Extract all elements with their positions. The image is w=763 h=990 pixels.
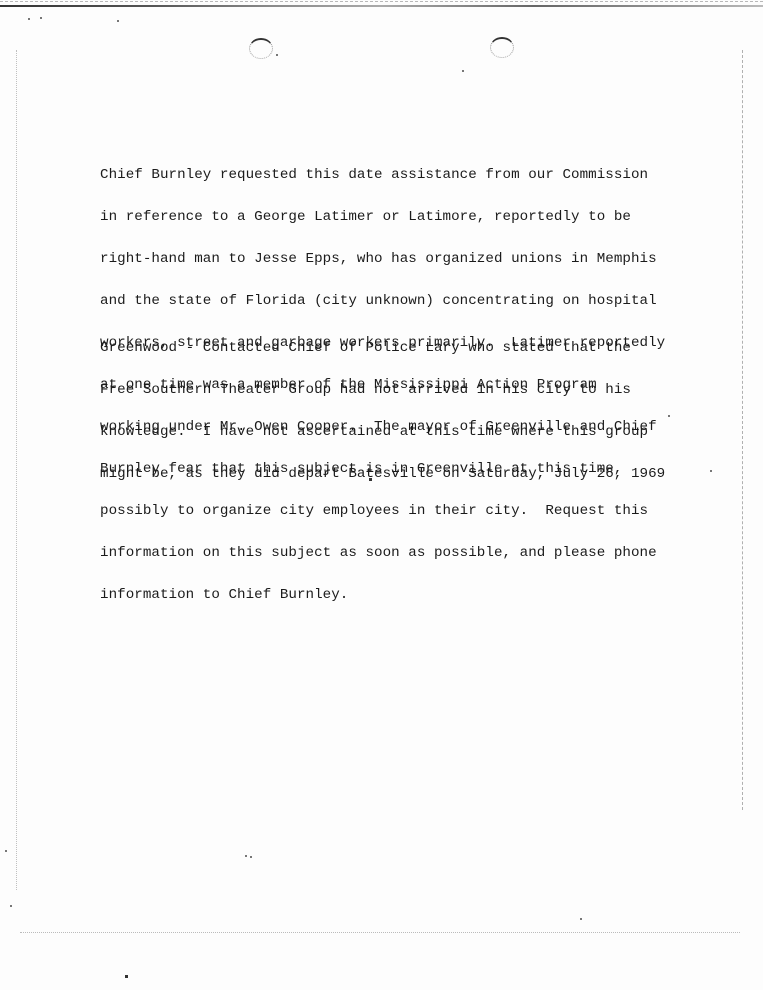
text-line: Greenwood - Contacted Chief of Police La… [100, 341, 665, 355]
scan-speck [710, 470, 712, 472]
scan-speck [245, 855, 247, 857]
text-line: Chief Burnley requested this date assist… [100, 168, 665, 182]
scan-speck [28, 18, 30, 20]
text-line: and the state of Florida (city unknown) … [100, 294, 665, 308]
text-line: Free Southern Theater Group had not arri… [100, 383, 665, 397]
scan-bottom-noise [20, 932, 740, 937]
scan-speck [10, 905, 12, 907]
scan-speck [668, 415, 670, 417]
scan-speck [125, 975, 128, 978]
scan-speck [462, 70, 464, 72]
text-line: information to Chief Burnley. [100, 588, 665, 602]
text-line: in reference to a George Latimer or Lati… [100, 210, 665, 224]
scan-right-edge-noise [742, 50, 743, 810]
text-line: right-hand man to Jesse Epps, who has or… [100, 252, 665, 266]
scan-speck [250, 856, 252, 858]
text-line: knowledge. I have not ascertained at thi… [100, 425, 665, 439]
document-page: Chief Burnley requested this date assist… [0, 0, 763, 990]
text-line: might be, as they did depart Batesville … [100, 467, 665, 481]
scan-speck [580, 918, 582, 920]
paragraph-greenwood-report: Greenwood - Contacted Chief of Police La… [100, 313, 665, 509]
scan-left-edge-noise [16, 50, 17, 890]
scan-speck [117, 20, 119, 22]
scan-speck [276, 54, 278, 56]
text-line: information on this subject as soon as p… [100, 546, 665, 560]
punch-hole-left-icon [249, 38, 273, 59]
scan-top-rule [0, 5, 763, 7]
scan-speck [5, 850, 7, 852]
punch-hole-right-icon [490, 37, 514, 58]
scan-top-dashed-edge [0, 1, 763, 2]
scan-speck [40, 17, 42, 19]
